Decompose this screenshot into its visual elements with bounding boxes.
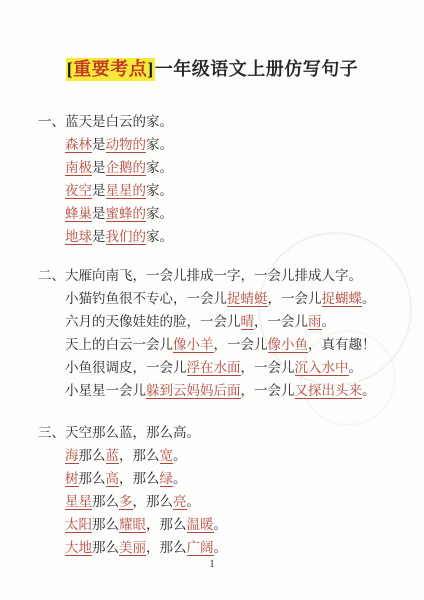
text-line: 小猫钓鱼很不专心，一会儿捉蜻蜓，一会儿捉蝴蝶。: [38, 287, 424, 310]
answer-text: 夜空: [65, 183, 92, 199]
plain-text: 是: [92, 137, 106, 152]
worksheet-page: [重要考点]一年级语文上册仿写句子 一、蓝天是白云的家。森林是动物的家。南极是企…: [0, 0, 424, 600]
plain-text: 。: [322, 314, 336, 329]
section-number: 一、: [38, 114, 65, 129]
answer-text: 蜂巢: [65, 206, 92, 222]
answer-text: 像小鱼: [268, 337, 309, 353]
answer-text: 绿: [160, 471, 174, 487]
answer-text: 太阳: [65, 517, 92, 533]
answer-text: 晴: [241, 314, 255, 330]
plain-text: ，那么: [146, 540, 187, 555]
answer-text: 动物的: [106, 137, 147, 153]
plain-text: 家。: [146, 206, 173, 221]
text-line: 一、蓝天是白云的家。: [38, 110, 424, 133]
text-line: 树那么高，那么绿。: [38, 467, 424, 490]
answer-text: 地球: [65, 229, 92, 245]
plain-text: 。: [187, 494, 201, 509]
plain-text: 是: [92, 229, 106, 244]
plain-text: ，那么: [133, 494, 174, 509]
plain-text: 那么: [79, 471, 106, 486]
plain-text: 那么: [92, 540, 119, 555]
answer-text: 躲到云妈妈后面: [146, 383, 241, 399]
plain-text: 。: [362, 291, 376, 306]
answer-text: 南极: [65, 160, 92, 176]
plain-text: 那么: [79, 448, 106, 463]
plain-text: 那么: [92, 517, 119, 532]
plain-text: 。: [173, 448, 187, 463]
text-line: 太阳那么耀眼，那么温暖。: [38, 513, 424, 536]
answer-text: 多: [119, 494, 133, 510]
page-title: [重要考点]一年级语文上册仿写句子: [0, 0, 424, 80]
plain-text: 是: [92, 160, 106, 175]
answer-text: 浮在水面: [187, 360, 241, 376]
plain-text: 。: [214, 540, 228, 555]
answer-text: 高: [106, 471, 120, 487]
section-number: 二、: [38, 268, 65, 283]
plain-text: 天上的白云一会儿: [65, 337, 173, 352]
plain-text: 天空那么蓝，那么高。: [65, 425, 200, 440]
title-bracket-right: ]: [147, 59, 154, 79]
text-line: 海那么蓝，那么宽。: [38, 444, 424, 467]
answer-text: 蜜蜂的: [106, 206, 147, 222]
text-line: 二、大雁向南飞，一会儿排成一字，一会儿排成人字。: [38, 264, 424, 287]
answer-text: 像小羊: [173, 337, 214, 353]
plain-text: 。: [214, 517, 228, 532]
plain-text: ，真有趣！: [308, 337, 376, 352]
plain-text: 蓝天是白云的家。: [65, 114, 173, 129]
answer-text: 蓝: [106, 448, 120, 464]
plain-text: ，一会儿: [241, 360, 295, 375]
plain-text: 小鱼很调皮，一会儿: [65, 360, 187, 375]
plain-text: 家。: [146, 137, 173, 152]
plain-text: 六月的天像娃娃的脸，一会儿: [65, 314, 241, 329]
text-line: 星星那么多，那么亮。: [38, 490, 424, 513]
plain-text: ，一会儿: [268, 291, 322, 306]
text-line: 地球是我们的家。: [38, 225, 424, 248]
plain-text: 家。: [146, 183, 173, 198]
plain-text: ，那么: [146, 517, 187, 532]
answer-text: 大地: [65, 540, 92, 556]
answer-text: 又探出头来: [295, 383, 363, 399]
page-number: 1: [0, 558, 424, 570]
text-line: 三、天空那么蓝，那么高。: [38, 421, 424, 444]
section: 三、天空那么蓝，那么高。海那么蓝，那么宽。树那么高，那么绿。星星那么多，那么亮。…: [38, 421, 424, 559]
worksheet-body: 一、蓝天是白云的家。森林是动物的家。南极是企鹅的家。夜空是星星的家。蜂巢是蜜蜂的…: [0, 80, 424, 559]
answer-text: 雨: [308, 314, 322, 330]
plain-text: 。: [362, 383, 376, 398]
plain-text: ，一会儿: [214, 337, 268, 352]
plain-text: 大雁向南飞，一会儿排成一字，一会儿排成人字。: [65, 268, 362, 283]
plain-text: ，一会儿: [241, 383, 295, 398]
answer-text: 宽: [160, 448, 174, 464]
text-line: 南极是企鹅的家。: [38, 156, 424, 179]
answer-text: 我们的: [106, 229, 147, 245]
answer-text: 捉蝴蝶: [322, 291, 363, 307]
answer-text: 星星的: [106, 183, 147, 199]
answer-text: 捉蜻蜓: [227, 291, 268, 307]
section-number: 三、: [38, 425, 65, 440]
plain-text: ，那么: [119, 448, 160, 463]
plain-text: ，一会儿: [254, 314, 308, 329]
text-line: 六月的天像娃娃的脸，一会儿晴，一会儿雨。: [38, 310, 424, 333]
plain-text: 那么: [92, 494, 119, 509]
plain-text: 是: [92, 183, 106, 198]
plain-text: 。: [349, 360, 363, 375]
section: 二、大雁向南飞，一会儿排成一字，一会儿排成人字。小猫钓鱼很不专心，一会儿捉蜻蜓，…: [38, 264, 424, 402]
answer-text: 广阔: [187, 540, 214, 556]
text-line: 大地那么美丽，那么广阔。: [38, 536, 424, 559]
answer-text: 企鹅的: [106, 160, 147, 176]
plain-text: 家。: [146, 229, 173, 244]
title-highlight: [重要考点]: [66, 58, 155, 81]
plain-text: 是: [92, 206, 106, 221]
answer-text: 温暖: [187, 517, 214, 533]
title-highlight-text: 重要考点: [73, 59, 147, 79]
text-line: 小星星一会儿躲到云妈妈后面，一会儿又探出头来。: [38, 379, 424, 402]
plain-text: 。: [173, 471, 187, 486]
answer-text: 树: [65, 471, 79, 487]
title-rest: 一年级语文上册仿写句子: [155, 59, 359, 79]
answer-text: 美丽: [119, 540, 146, 556]
text-line: 小鱼很调皮，一会儿浮在水面，一会儿沉入水中。: [38, 356, 424, 379]
text-line: 天上的白云一会儿像小羊，一会儿像小鱼，真有趣！: [38, 333, 424, 356]
answer-text: 海: [65, 448, 79, 464]
answer-text: 森林: [65, 137, 92, 153]
answer-text: 星星: [65, 494, 92, 510]
text-line: 森林是动物的家。: [38, 133, 424, 156]
answer-text: 沉入水中: [295, 360, 349, 376]
text-line: 蜂巢是蜜蜂的家。: [38, 202, 424, 225]
answer-text: 耀眼: [119, 517, 146, 533]
plain-text: ，那么: [119, 471, 160, 486]
plain-text: 小猫钓鱼很不专心，一会儿: [65, 291, 227, 306]
text-line: 夜空是星星的家。: [38, 179, 424, 202]
section: 一、蓝天是白云的家。森林是动物的家。南极是企鹅的家。夜空是星星的家。蜂巢是蜜蜂的…: [38, 110, 424, 248]
plain-text: 小星星一会儿: [65, 383, 146, 398]
answer-text: 亮: [173, 494, 187, 510]
plain-text: 家。: [146, 160, 173, 175]
